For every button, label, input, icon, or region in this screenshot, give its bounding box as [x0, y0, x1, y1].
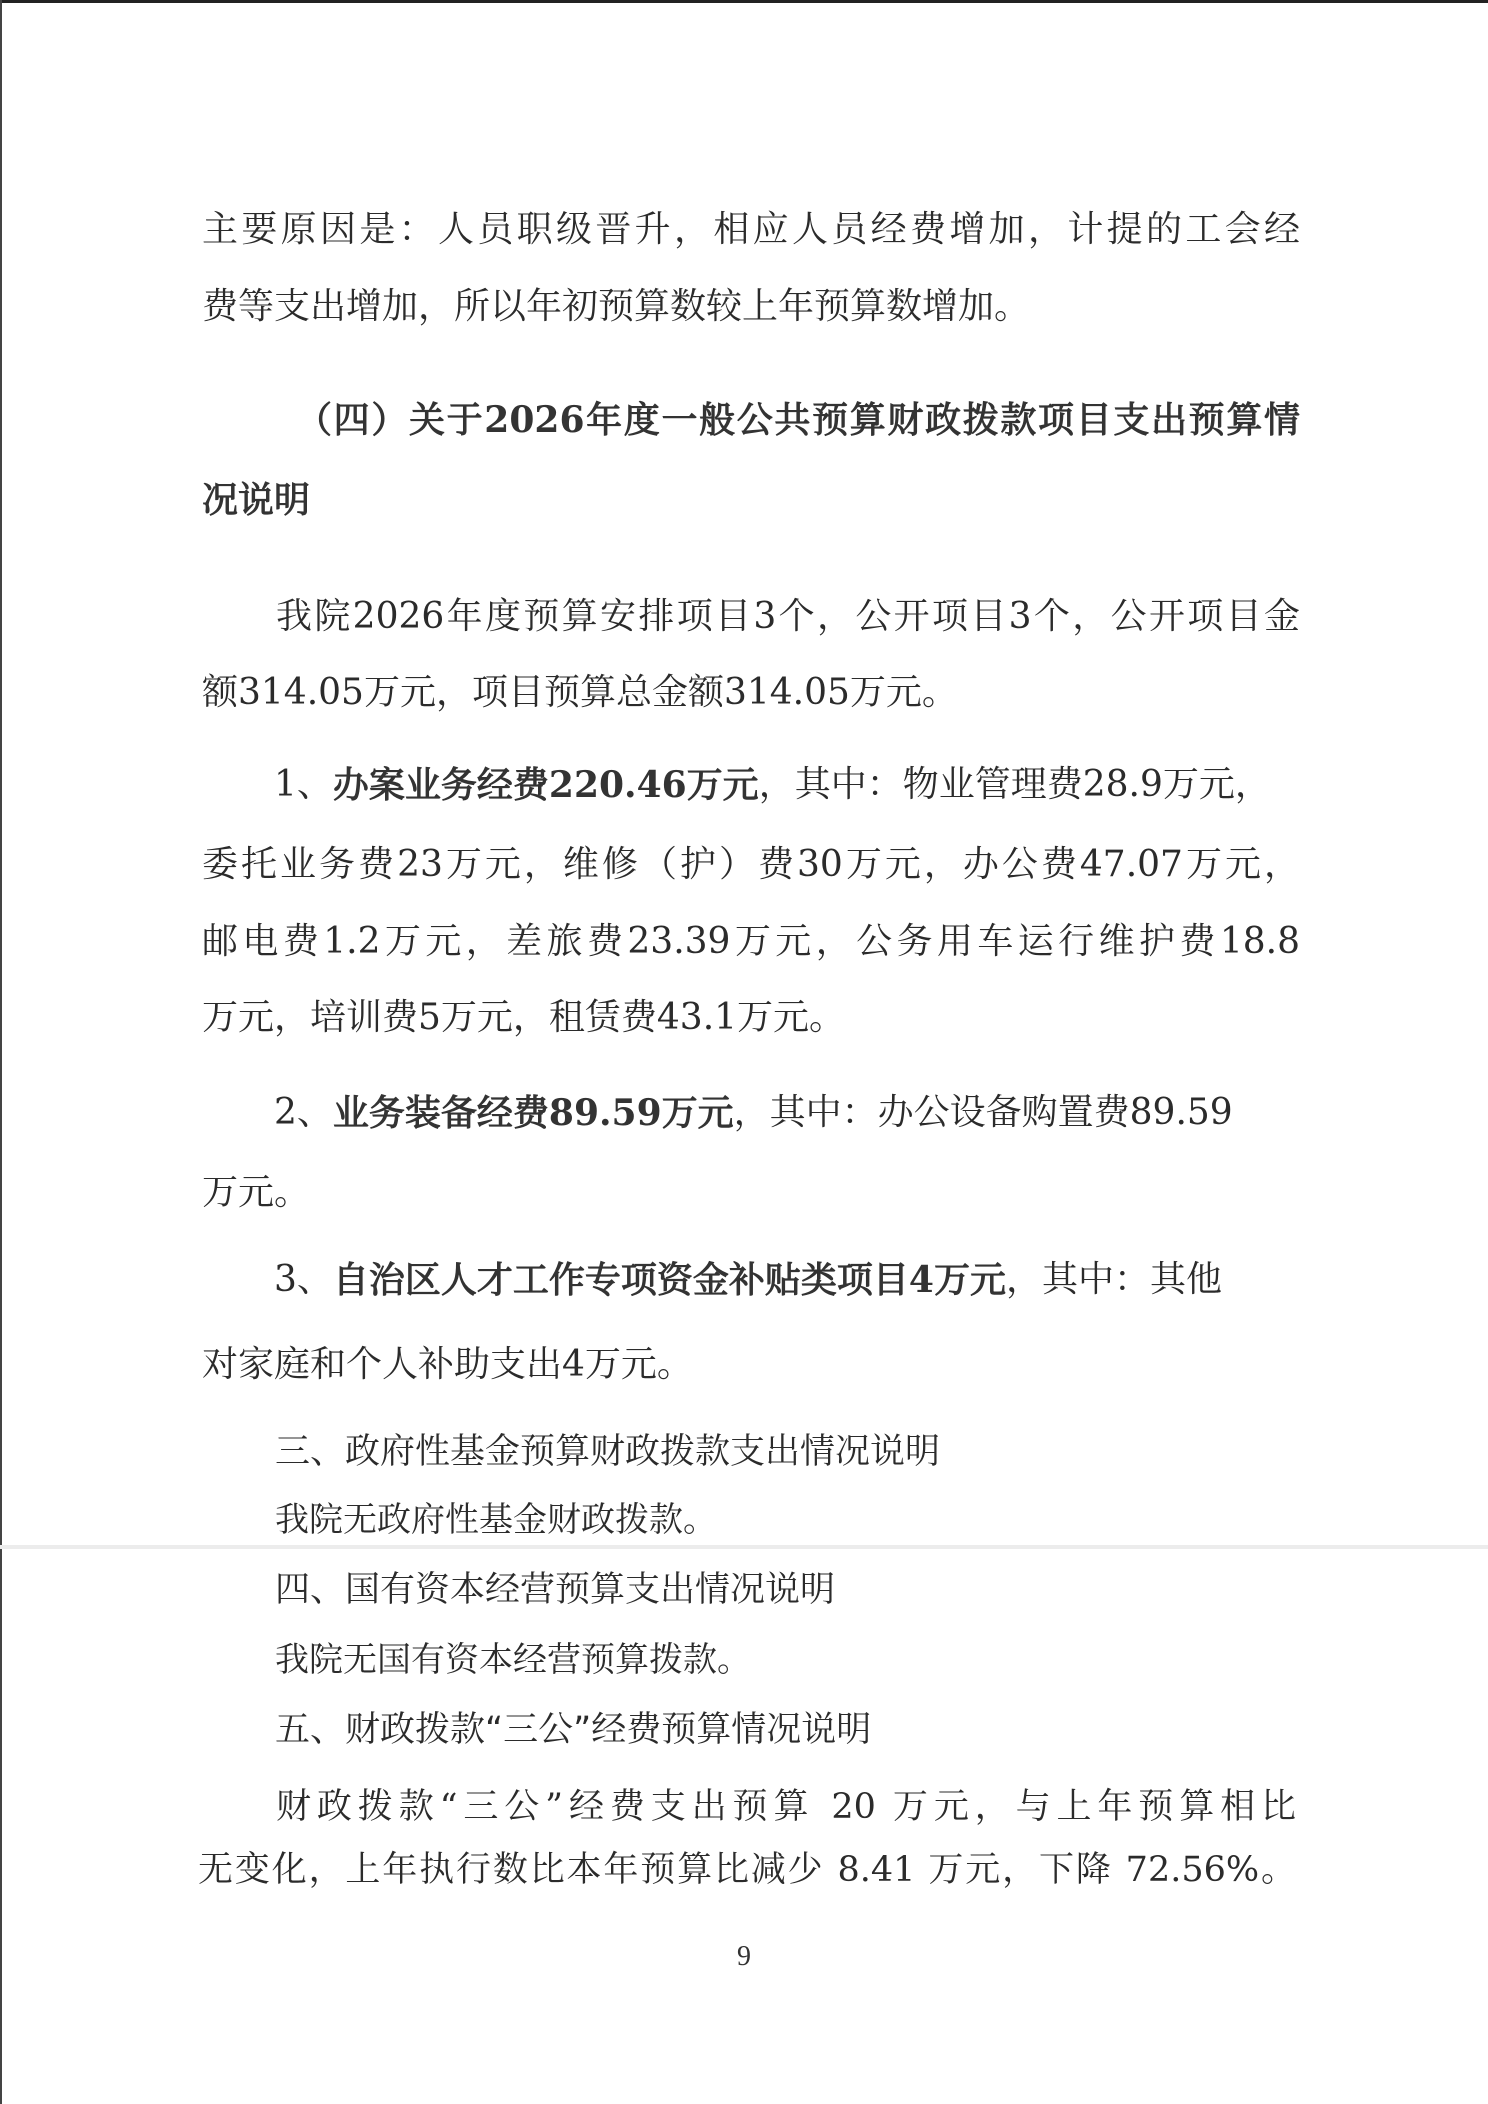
list-item-title: 业务装备经费89.59万元	[333, 1091, 734, 1135]
list-item-title: 办案业务经费220.46万元	[333, 763, 759, 807]
list-number: 3、	[274, 1258, 333, 1302]
body-text-line: 我院无政府性基金财政拨款。	[275, 1498, 717, 1542]
page-left-border	[0, 0, 2, 2104]
body-text-line: 邮电费1.2万元，差旅费23.39万元，公务用车运行维护费18.8	[202, 920, 1300, 964]
body-text-line: 额314.05万元，项目预算总金额314.05万元。	[202, 671, 958, 715]
body-text-line: 万元。	[202, 1171, 310, 1215]
list-item-detail: ，其中：办公设备购置费89.59	[734, 1091, 1233, 1135]
scan-artifact-band	[0, 1545, 1488, 1549]
body-text-line: 对家庭和个人补助支出4万元。	[202, 1343, 693, 1387]
list-item-detail: ，其中：物业管理费28.9万元，	[759, 763, 1271, 807]
list-item-2: 2、 业务装备经费89.59万元 ，其中：办公设备购置费89.59	[274, 1091, 1300, 1135]
section-heading: 五、财政拨款“三公”经费预算情况说明	[275, 1708, 871, 1752]
body-text-line: 费等支出增加，所以年初预算数较上年预算数增加。	[202, 285, 1030, 329]
page-number: 9	[724, 1942, 764, 1972]
list-item-1: 1、 办案业务经费220.46万元 ，其中：物业管理费28.9万元，	[274, 763, 1300, 807]
list-item-detail: ，其中：其他	[1006, 1258, 1222, 1302]
body-text-line: 委托业务费23万元，维修（护）费30万元，办公费47.07万元，	[202, 843, 1300, 887]
section-heading: 况说明	[202, 478, 310, 522]
body-text-line: 万元，培训费5万元，租赁费43.1万元。	[202, 996, 845, 1040]
section-heading: 四、国有资本经营预算支出情况说明	[275, 1568, 835, 1612]
page-top-border	[0, 0, 1488, 3]
body-text-line: 财政拨款“三公”经费支出预算 20 万元，与上年预算相比	[276, 1785, 1296, 1829]
section-heading: （四）关于2026年度一般公共预算财政拨款项目支出预算情	[296, 398, 1300, 442]
body-text-line: 主要原因是：人员职级晋升，相应人员经费增加，计提的工会经	[202, 208, 1300, 252]
list-item-title: 自治区人才工作专项资金补贴类项目4万元	[333, 1258, 1006, 1302]
section-heading: 三、政府性基金预算财政拨款支出情况说明	[275, 1430, 940, 1474]
body-text-line: 我院2026年度预算安排项目3个，公开项目3个，公开项目金	[276, 595, 1300, 639]
list-item-3: 3、 自治区人才工作专项资金补贴类项目4万元 ，其中：其他	[274, 1258, 1300, 1302]
body-text-line: 我院无国有资本经营预算拨款。	[275, 1638, 751, 1682]
list-number: 1、	[274, 763, 333, 807]
body-text-line: 无变化，上年执行数比本年预算比减少 8.41 万元，下降 72.56%。	[198, 1848, 1296, 1892]
list-number: 2、	[274, 1091, 333, 1135]
